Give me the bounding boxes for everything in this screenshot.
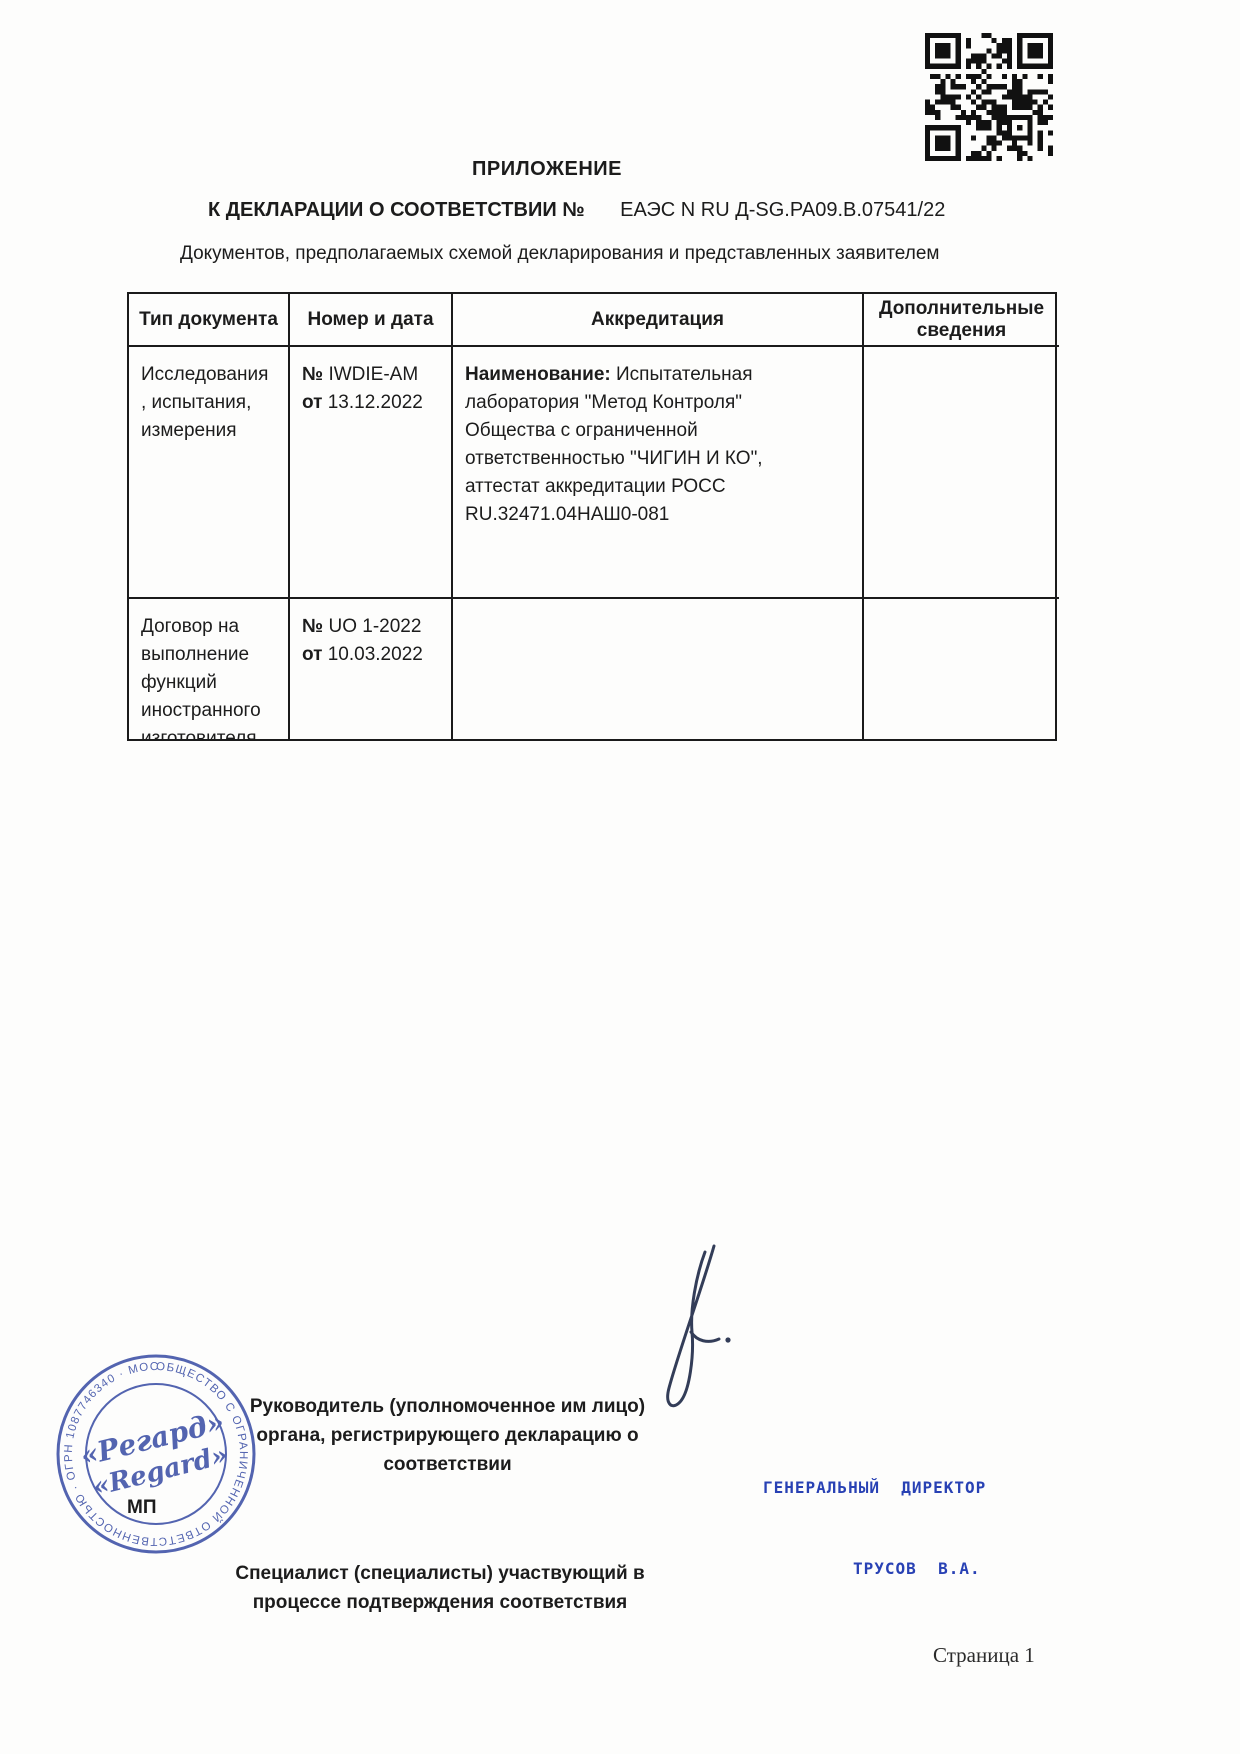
specialist-title: Специалист (специалисты) участвующий в п…: [205, 1560, 675, 1617]
mp-seal-label: МП: [127, 1497, 156, 1519]
stamp-center-text: «Регард» «Regard»: [77, 1405, 235, 1504]
signature-stroke: [668, 1246, 714, 1406]
table-row-2-number-date: № UO 1-2022 от 10.03.2022: [290, 599, 453, 739]
director-name: ТРУСОВ В.А.: [853, 1555, 986, 1582]
table-row-1-additional-info: [864, 347, 1059, 599]
signature: [632, 1236, 752, 1426]
signature-tail: [691, 1332, 719, 1341]
number-sign: №: [302, 364, 323, 385]
signature-dot: [725, 1337, 730, 1342]
column-header-number-date: Номер и дата: [290, 294, 453, 347]
column-header-doc-type: Тип документа: [129, 294, 290, 347]
document-page: ПРИЛОЖЕНИЕ К ДЕКЛАРАЦИИ О СООТВЕТСТВИИ №…: [0, 0, 1240, 1754]
declaration-subtitle-label: К ДЕКЛАРАЦИИ О СООТВЕТСТВИИ №: [208, 199, 585, 221]
declaration-subtitle: К ДЕКЛАРАЦИИ О СООТВЕТСТВИИ № ЕАЭС N RU …: [208, 199, 945, 222]
page-number: Страница 1: [933, 1643, 1035, 1668]
column-header-accreditation: Аккредитация: [453, 294, 864, 347]
doc-type-text: Договор на выполнение функций иностранно…: [141, 616, 261, 739]
accreditation-value: Испытательная лаборатория "Метод Контрол…: [465, 364, 763, 525]
date-label: от: [302, 644, 322, 665]
number-value: UO 1-2022: [328, 616, 421, 637]
accreditation-text: Наименование: Испытательная лаборатория …: [465, 361, 795, 529]
director-title: ГЕНЕРАЛЬНЫЙ ДИРЕКТОР: [763, 1474, 986, 1501]
table-row-1-accreditation: Наименование: Испытательная лаборатория …: [453, 347, 864, 599]
table-row-1-number-date: № IWDIE-AM от 13.12.2022: [290, 347, 453, 599]
table-row-2-accreditation: [453, 599, 864, 739]
documents-description: Документов, предполагаемых схемой деклар…: [180, 243, 939, 265]
column-header-additional-info: Дополнительные сведения: [864, 294, 1059, 347]
doc-type-text: Исследования , испытания, измерения: [141, 364, 268, 441]
doc-number: № UO 1-2022: [302, 613, 441, 641]
number-value: IWDIE-AM: [328, 364, 418, 385]
accreditation-label: Наименование:: [465, 364, 611, 385]
documents-table: Тип документа Номер и дата Аккредитация …: [127, 292, 1057, 741]
date-label: от: [302, 392, 322, 413]
table-row-1-doc-type: Исследования , испытания, измерения: [129, 347, 290, 599]
date-value: 10.03.2022: [328, 644, 423, 665]
doc-date: от 10.03.2022: [302, 641, 441, 669]
date-value: 13.12.2022: [328, 392, 423, 413]
doc-number: № IWDIE-AM: [302, 361, 441, 389]
director-name-stamp: ГЕНЕРАЛЬНЫЙ ДИРЕКТОР ТРУСОВ В.А.: [763, 1420, 986, 1636]
approver-title: Руководитель (уполномоченное им лицо) ор…: [195, 1392, 700, 1479]
table-row-2-additional-info: [864, 599, 1059, 739]
declaration-number: ЕАЭС N RU Д-SG.РА09.В.07541/22: [620, 199, 945, 221]
page-title: ПРИЛОЖЕНИЕ: [127, 158, 967, 181]
doc-date: от 13.12.2022: [302, 389, 441, 417]
table-row-2-doc-type: Договор на выполнение функций иностранно…: [129, 599, 290, 739]
qr-code: [925, 33, 1053, 161]
number-sign: №: [302, 616, 323, 637]
company-round-stamp: ОБЩЕСТВО С ОГРАНИЧЕННОЙ ОТВЕТСТВЕННОСТЬЮ…: [50, 1348, 262, 1560]
